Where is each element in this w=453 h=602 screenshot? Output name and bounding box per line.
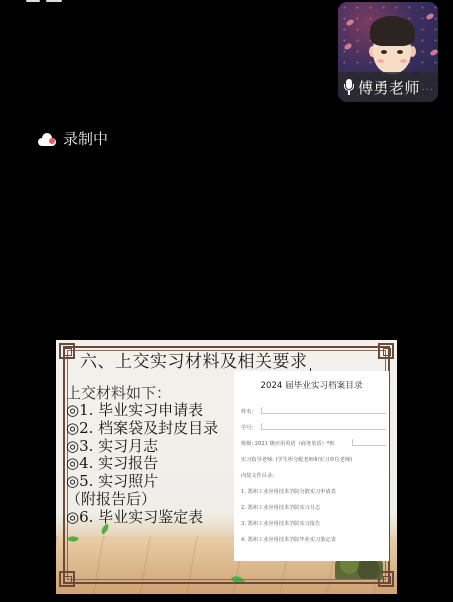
contents-item: 4. 郑州工业应用技术学院毕业实习鉴定表 [241, 536, 336, 543]
contents-item: 1. 郑州工业应用技术学院分散实习申请表 [241, 488, 336, 495]
field-class: 班级: 2021 级应用英语（商务英语）*班 [241, 440, 334, 447]
microphone-icon [344, 79, 354, 95]
field-class-value: 2021 级应用英语（商务英语）*班 [255, 441, 335, 447]
materials-item: ◎2. 档案袋及封皮目录 [66, 420, 218, 438]
materials-item: ◎3. 实习月志 [66, 438, 218, 456]
contents-item: 2. 郑州工业应用技术学院实习月志 [241, 504, 320, 511]
frame-corner-ornament [59, 343, 75, 359]
slide-title: 六、上交实习材料及相关要求 [80, 347, 308, 372]
frame-corner-ornament [378, 343, 394, 359]
field-advisor-label: 实习指导老师: [241, 457, 274, 463]
cloud-record-icon [38, 133, 56, 145]
avatar-cheek [377, 59, 384, 63]
field-class-input [352, 439, 386, 446]
recording-indicator: 录制中 [38, 128, 108, 149]
ellipsis-icon[interactable]: ... [421, 82, 434, 93]
materials-item: ◎1. 毕业实习申请表 [66, 402, 218, 420]
field-student-id-label: 学号: [241, 424, 253, 431]
materials-intro: 上交材料如下： [66, 384, 218, 402]
status-bar-time [26, 0, 68, 3]
materials-item: ◎6. 毕业实习鉴定表 [66, 509, 218, 527]
participant-name-bar: 傅勇老师 ... [338, 72, 438, 102]
field-advisor: 实习指导老师: (学生所分配老师和实习单位老师) [241, 456, 352, 463]
contents-item: 3. 郑州工业应用技术学院实习报告 [241, 520, 320, 527]
avatar-eye [397, 50, 403, 54]
field-class-label: 班级: [241, 441, 253, 447]
participant-name: 傅勇老师 [358, 77, 420, 98]
materials-item-note: （附报告后） [66, 491, 218, 509]
shared-slide: 六、上交实习材料及相关要求 上交材料如下： ◎1. 毕业实习申请表 ◎2. 档案… [56, 340, 397, 594]
archive-directory-document: 2024 届毕业实习档案目录 姓名: 学号: 班级: 2021 级应用英语（商务… [234, 371, 389, 561]
contents-heading: 内装文件目录: [241, 472, 274, 479]
frame-corner-ornament [59, 571, 75, 587]
participant-video-tile[interactable]: 傅勇老师 ... [338, 2, 438, 102]
materials-item: ◎4. 实习报告 [66, 455, 218, 473]
field-name-label: 姓名: [241, 408, 253, 415]
materials-list: 上交材料如下： ◎1. 毕业实习申请表 ◎2. 档案袋及封皮目录 ◎3. 实习月… [66, 384, 218, 527]
frame-corner-ornament [378, 571, 394, 587]
field-student-id-input [261, 423, 386, 430]
materials-item: ◎5. 实习照片 [66, 473, 218, 491]
avatar-hair [370, 16, 415, 46]
avatar-eye [381, 50, 387, 54]
field-advisor-value: (学生所分配老师和实习单位老师) [276, 457, 353, 463]
recording-label: 录制中 [63, 128, 108, 149]
document-title: 2024 届毕业实习档案目录 [234, 379, 389, 391]
avatar-cheek [400, 59, 407, 63]
field-name-input [261, 407, 386, 414]
